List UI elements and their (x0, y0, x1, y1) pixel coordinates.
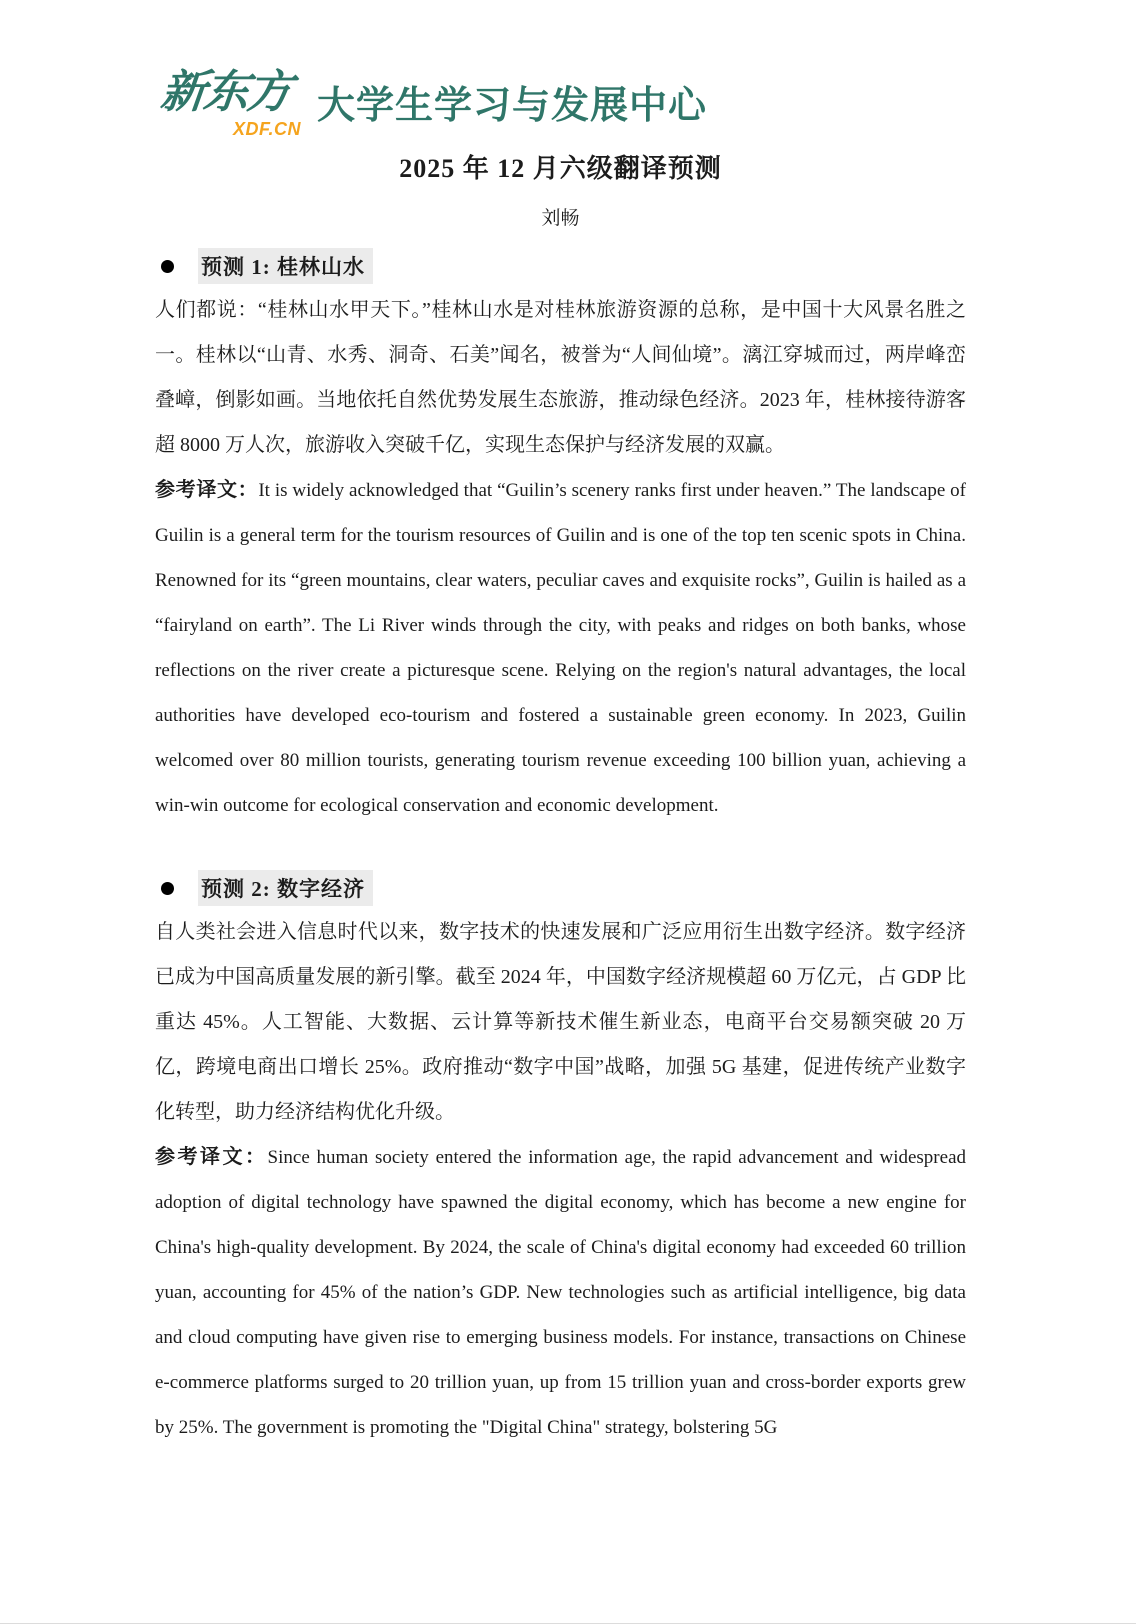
section-1-heading: 预测 1: 桂林山水 (198, 248, 373, 284)
section-2-heading: 预测 2: 数字经济 (198, 870, 373, 906)
xdf-logo: 新东方 XDF.CN (161, 63, 301, 139)
section-1-translation-text: It is widely acknowledged that “Guilin’s… (155, 480, 966, 816)
section-2-translation-label: 参考译文： (155, 1146, 268, 1168)
brand-center-name: 大学生学习与发展中心 (317, 74, 707, 129)
section-1-translation-paragraph: 参考译文：It is widely acknowledged that “Gui… (155, 468, 966, 828)
section-2-heading-row: 预测 2: 数字经济 (161, 872, 966, 904)
bullet-icon (161, 882, 174, 895)
author-name: 刘畅 (155, 203, 966, 230)
section-2-translation-paragraph: 参考译文：Since human society entered the inf… (155, 1135, 966, 1450)
bullet-icon (161, 260, 174, 273)
section-2-translation-text: Since human society entered the informat… (155, 1147, 966, 1438)
section-prediction-1: 预测 1: 桂林山水 人们都说：“桂林山水甲天下。”桂林山水是对桂林旅游资源的总… (155, 250, 966, 828)
section-1-translation-label: 参考译文： (155, 479, 258, 501)
section-prediction-2: 预测 2: 数字经济 自人类社会进入信息时代以来，数字技术的快速发展和广泛应用衍… (155, 872, 966, 1450)
xdf-logo-text: 新东方 (158, 63, 304, 121)
section-2-source-paragraph: 自人类社会进入信息时代以来，数字技术的快速发展和广泛应用衍生出数字经济。数字经济… (155, 910, 966, 1135)
document-title: 2025 年 12 月六级翻译预测 (155, 148, 966, 185)
section-1-heading-row: 预测 1: 桂林山水 (161, 250, 966, 282)
document-content: 新东方 XDF.CN 大学生学习与发展中心 2025 年 12 月六级翻译预测 … (0, 0, 1136, 1450)
section-1-source-paragraph: 人们都说：“桂林山水甲天下。”桂林山水是对桂林旅游资源的总称，是中国十大风景名胜… (155, 288, 966, 468)
brand-header: 新东方 XDF.CN 大学生学习与发展中心 (161, 62, 966, 140)
document-page: 新东方 XDF.CN 大学生学习与发展中心 2025 年 12 月六级翻译预测 … (0, 0, 1136, 1624)
xdf-logo-domain: XDF.CN (233, 119, 301, 139)
